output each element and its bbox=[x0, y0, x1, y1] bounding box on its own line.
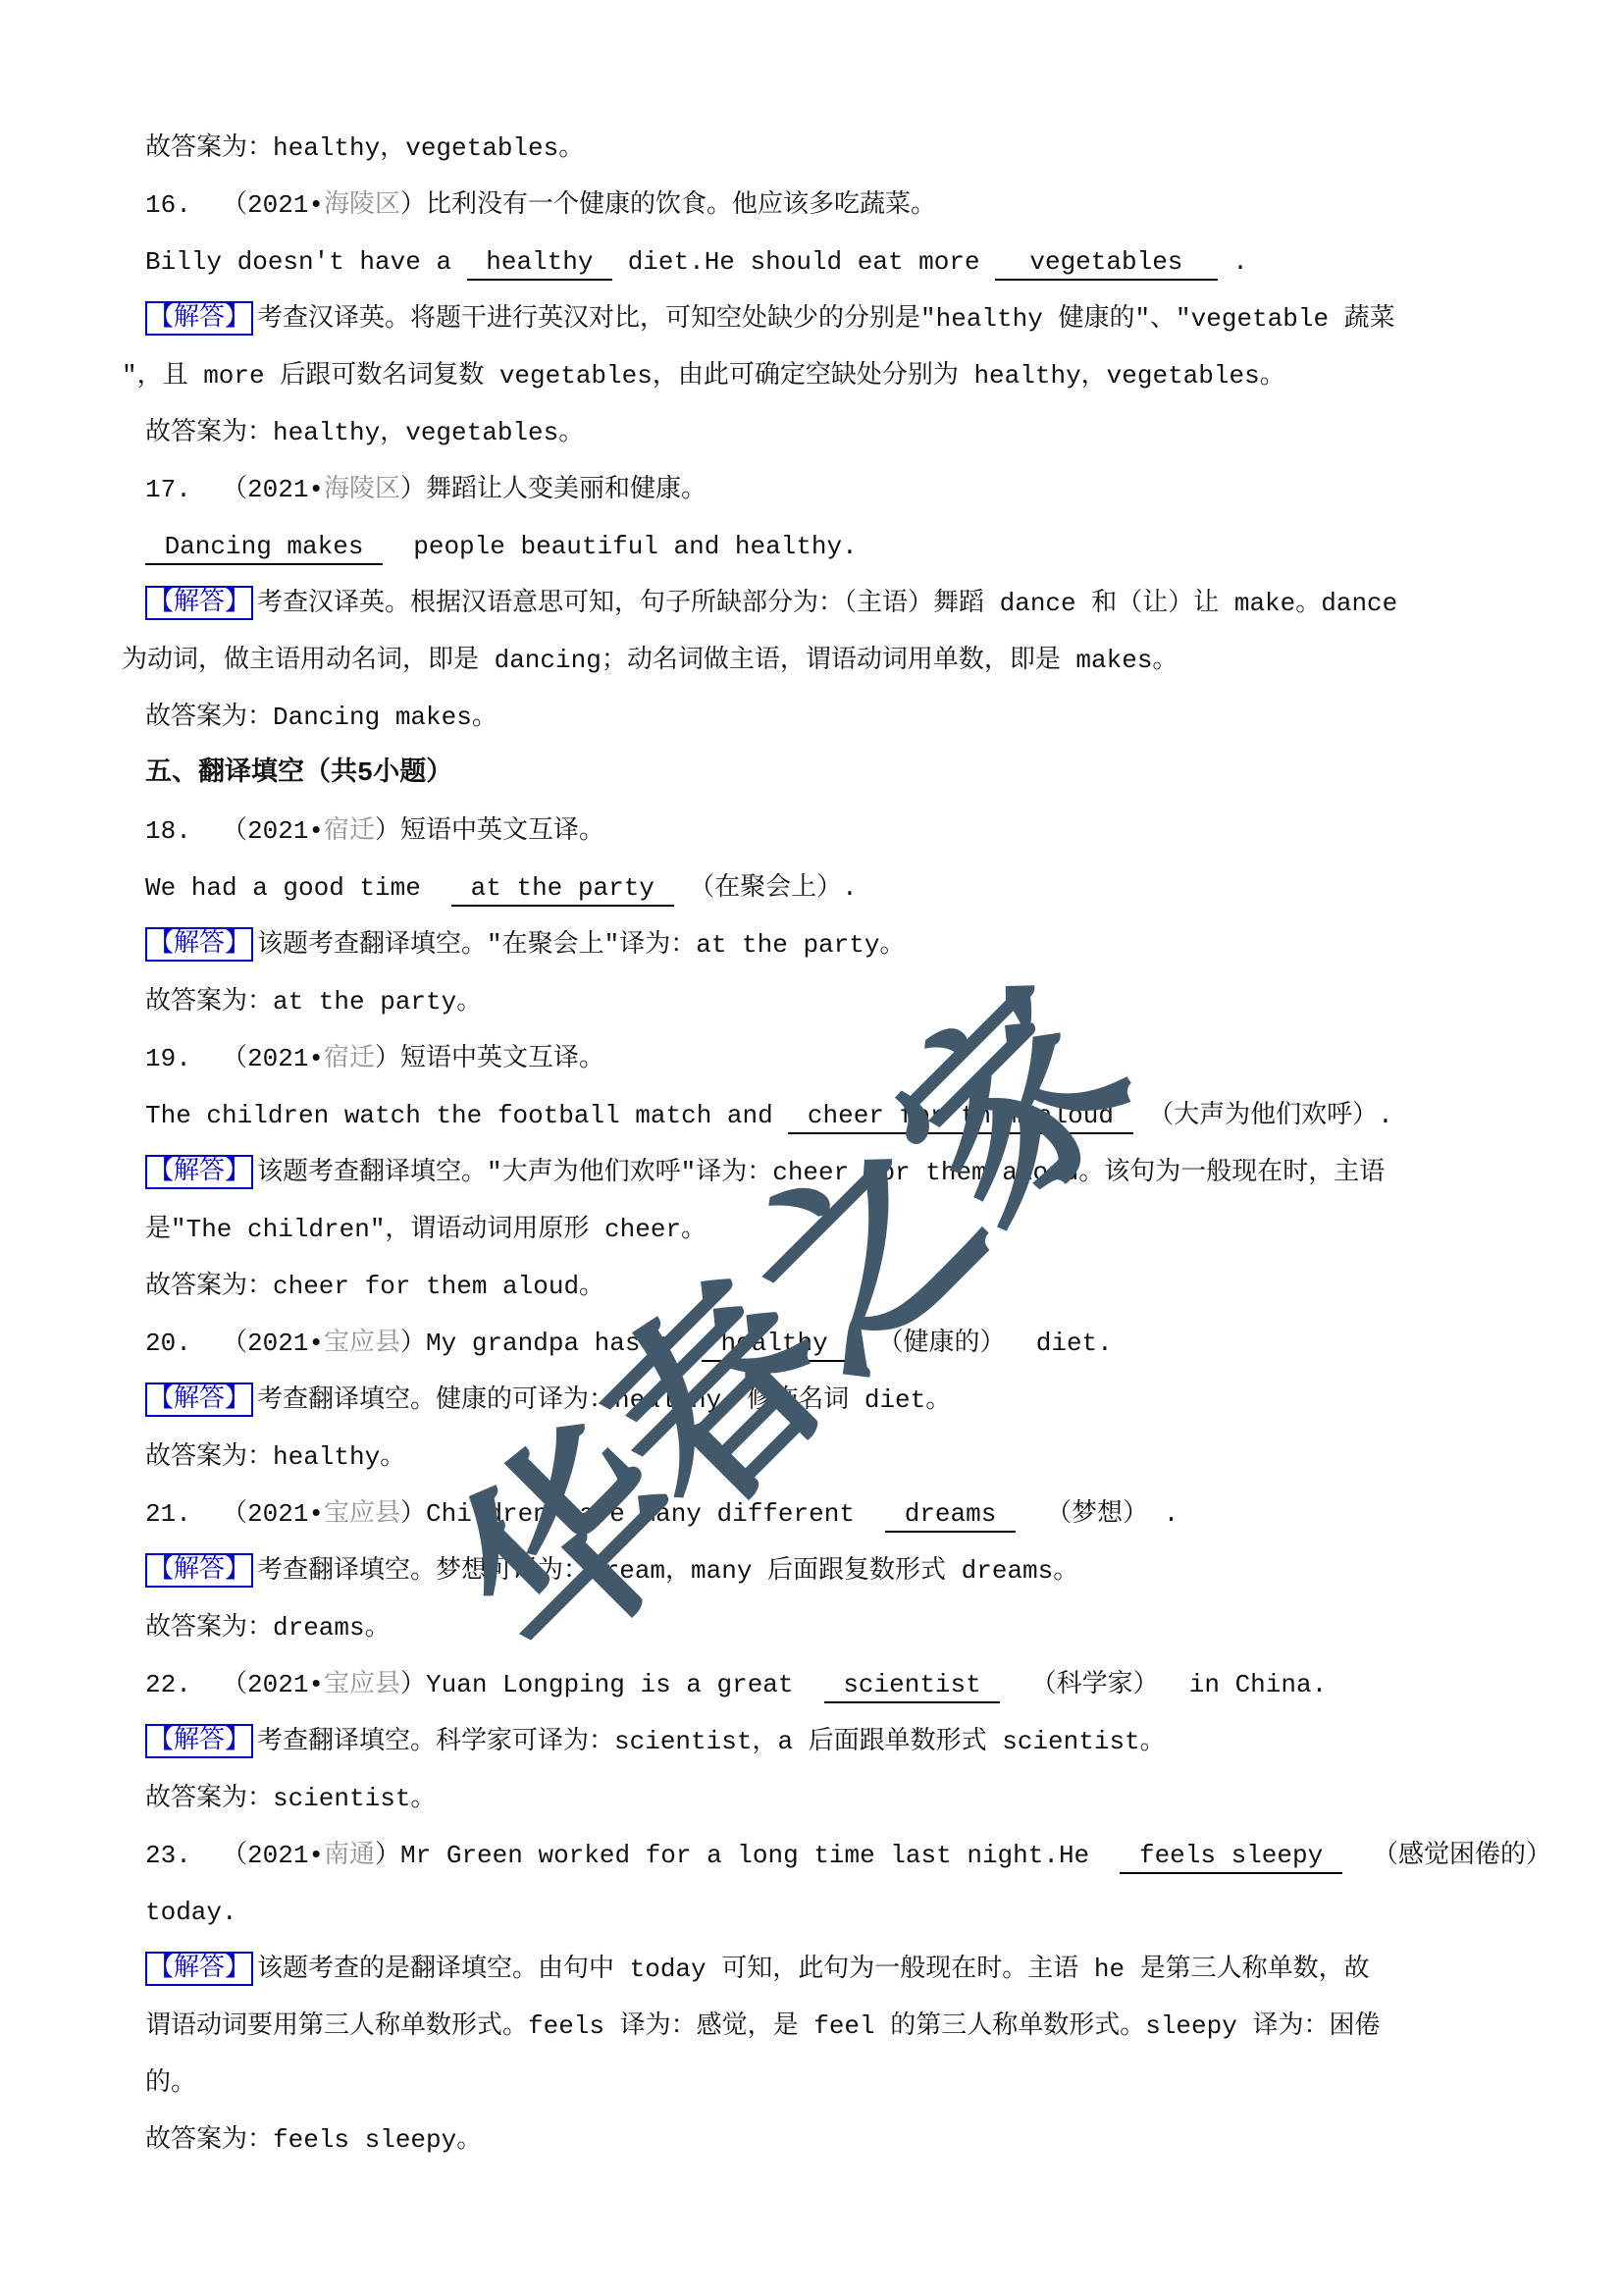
text-run: 19. （2021• bbox=[145, 1044, 324, 1073]
document-line: 【解答】该题考查翻译填空。″大声为他们欢呼″译为：cheer for them … bbox=[145, 1144, 1554, 1201]
region-name: 宝应县 bbox=[324, 1329, 400, 1358]
answer-blank: dreams bbox=[885, 1499, 1016, 1533]
answer-label: 【解答】 bbox=[145, 1952, 253, 1986]
text-run: 为动词，做主语用动名词，即是 dancing；动名词做主语，谓语动词用单数，即是… bbox=[122, 646, 1178, 675]
answer-blank: feels sleepy bbox=[1120, 1841, 1341, 1874]
text-run: （科学家） in China. bbox=[1000, 1670, 1327, 1699]
text-run: ）Children have many different bbox=[400, 1499, 885, 1529]
answer-blank: healthy bbox=[702, 1329, 847, 1362]
text-run: ）舞蹈让人变美丽和健康。 bbox=[400, 475, 707, 504]
document-line: 17. （2021•海陵区）舞蹈让人变美丽和健康。 bbox=[145, 461, 1554, 518]
text-run: 20. （2021• bbox=[145, 1329, 324, 1358]
document-line: We had a good time at the party （在聚会上）. bbox=[145, 860, 1554, 916]
document-line: 的。 bbox=[145, 2055, 1554, 2112]
document-line: 故答案为：healthy。 bbox=[145, 1429, 1554, 1486]
document-line: 故答案为：healthy，vegetables。 bbox=[145, 120, 1554, 177]
document-line: 【解答】考查翻译填空。梦想可译为：dream，many 后面跟复数形式 drea… bbox=[145, 1542, 1554, 1599]
document-line: 故答案为：dreams。 bbox=[145, 1599, 1554, 1656]
region-name: 宿迁 bbox=[324, 816, 375, 846]
answer-label: 【解答】 bbox=[145, 301, 253, 336]
region-name: 海陵区 bbox=[324, 190, 400, 220]
text-run: ）短语中英文互译。 bbox=[375, 1044, 604, 1073]
answer-blank: scientist bbox=[824, 1670, 1001, 1703]
document-line: today. bbox=[145, 1884, 1554, 1941]
document-line: 故答案为：healthy，vegetables。 bbox=[145, 404, 1554, 461]
document-line: 故答案为：Dancing makes。 bbox=[145, 689, 1554, 746]
text-run: people beautiful and healthy. bbox=[383, 532, 858, 561]
text-run: 该题考查翻译填空。″在聚会上″译为：at the party。 bbox=[257, 930, 905, 960]
text-run: （健康的） diet. bbox=[847, 1329, 1112, 1358]
document-line: 故答案为：cheer for them aloud。 bbox=[145, 1258, 1554, 1315]
text-run: diet.He should eat more bbox=[612, 247, 995, 277]
document-line: 【解答】考查汉译英。根据汉语意思可知，句子所缺部分为：（主语）舞蹈 dance … bbox=[145, 575, 1554, 632]
document-line: 谓语动词要用第三人称单数形式。feels 译为：感觉，是 feel 的第三人称单… bbox=[145, 1998, 1554, 2055]
text-run: 该题考查的是翻译填空。由句中 today 可知，此句为一般现在时。主语 he 是… bbox=[257, 1955, 1370, 1984]
answer-label: 【解答】 bbox=[145, 1383, 253, 1417]
text-run: 故答案为：scientist。 bbox=[145, 1784, 436, 1813]
text-run: 故答案为：feels sleepy。 bbox=[145, 2125, 482, 2155]
text-run: . bbox=[1218, 247, 1248, 277]
text-run: 故答案为：Dancing makes。 bbox=[145, 703, 497, 732]
text-run: 16. （2021• bbox=[145, 190, 324, 220]
text-run: 故答案为：healthy，vegetables。 bbox=[145, 418, 584, 447]
answer-label: 【解答】 bbox=[145, 586, 253, 620]
text-run: ″，且 more 后跟可数名词复数 vegetables，由此可确定空缺处分别为… bbox=[122, 361, 1285, 391]
text-run: 21. （2021• bbox=[145, 1499, 324, 1529]
text-run: 故答案为：dreams。 bbox=[145, 1613, 391, 1643]
text-run: ）短语中英文互译。 bbox=[375, 816, 604, 846]
text-run: 18. （2021• bbox=[145, 816, 324, 846]
text-run: （梦想） . bbox=[1016, 1499, 1178, 1529]
document-line: Billy doesn't have a healthy diet.He sho… bbox=[145, 234, 1554, 290]
document-page: 故答案为：healthy，vegetables。16. （2021•海陵区）比利… bbox=[0, 0, 1623, 2296]
answer-label: 【解答】 bbox=[145, 927, 253, 962]
text-run: 考查汉译英。将题干进行英汉对比，可知空处缺少的分别是″healthy 健康的″、… bbox=[257, 304, 1395, 334]
document-line: 18. （2021•宿迁）短语中英文互译。 bbox=[145, 803, 1554, 860]
text-run: 考查汉译英。根据汉语意思可知，句子所缺部分为：（主语）舞蹈 dance 和（让）… bbox=[257, 589, 1397, 618]
text-run: ）My grandpa has a bbox=[400, 1329, 702, 1358]
text-run: ）Yuan Longping is a great bbox=[400, 1670, 824, 1699]
text-run: 考查翻译填空。科学家可译为：scientist，a 后面跟单数形式 scient… bbox=[257, 1727, 1166, 1756]
document-line: 21. （2021•宝应县）Children have many differe… bbox=[145, 1486, 1554, 1542]
document-line: Dancing makes people beautiful and healt… bbox=[145, 518, 1554, 575]
document-line: 16. （2021•海陵区）比利没有一个健康的饮食。他应该多吃蔬菜。 bbox=[145, 177, 1554, 234]
document-line: 故答案为：feels sleepy。 bbox=[145, 2112, 1554, 2168]
document-line: 为动词，做主语用动名词，即是 dancing；动名词做主语，谓语动词用单数，即是… bbox=[122, 632, 1554, 689]
answer-blank: at the party bbox=[451, 873, 673, 907]
region-name: 宿迁 bbox=[324, 1044, 375, 1073]
answer-label: 【解答】 bbox=[145, 1724, 253, 1758]
text-run: 故答案为：cheer for them aloud。 bbox=[145, 1272, 604, 1301]
region-name: 宝应县 bbox=[324, 1499, 400, 1529]
document-line: 【解答】该题考查翻译填空。″在聚会上″译为：at the party。 bbox=[145, 916, 1554, 973]
answer-label: 【解答】 bbox=[145, 1155, 253, 1189]
answer-label: 【解答】 bbox=[145, 1553, 253, 1588]
text-run: 考查翻译填空。健康的可译为：healthy，修饰名词 diet。 bbox=[257, 1385, 951, 1415]
text-run: 17. （2021• bbox=[145, 475, 324, 504]
region-name: 南通 bbox=[324, 1841, 375, 1870]
answer-blank: cheer for them aloud bbox=[788, 1101, 1132, 1134]
text-run: （感觉困倦的） bbox=[1342, 1841, 1551, 1870]
document-line: The children watch the football match an… bbox=[145, 1087, 1554, 1144]
document-line: 23. （2021•南通）Mr Green worked for a long … bbox=[145, 1827, 1554, 1884]
text-run: 22. （2021• bbox=[145, 1670, 324, 1699]
text-run: 是″The children″，谓语动词用原形 cheer。 bbox=[145, 1215, 707, 1244]
region-name: 海陵区 bbox=[324, 475, 400, 504]
text-run: 故答案为：healthy。 bbox=[145, 1442, 405, 1472]
document-line: 【解答】该题考查的是翻译填空。由句中 today 可知，此句为一般现在时。主语 … bbox=[145, 1941, 1554, 1998]
document-line: 22. （2021•宝应县）Yuan Longping is a great s… bbox=[145, 1656, 1554, 1713]
document-line: ″，且 more 后跟可数名词复数 vegetables，由此可确定空缺处分别为… bbox=[122, 347, 1554, 404]
text-run: （大声为他们欢呼）. bbox=[1133, 1101, 1393, 1130]
document-line: 20. （2021•宝应县）My grandpa has a healthy （… bbox=[145, 1315, 1554, 1372]
document-line: 【解答】考查汉译英。将题干进行英汉对比，可知空处缺少的分别是″healthy 健… bbox=[145, 290, 1554, 347]
text-run: ）比利没有一个健康的饮食。他应该多吃蔬菜。 bbox=[400, 190, 936, 220]
text-run: 考查翻译填空。梦想可译为：dream，many 后面跟复数形式 dreams。 bbox=[257, 1556, 1078, 1586]
text-run: Billy doesn't have a bbox=[145, 247, 467, 277]
text-run: 五、翻译填空（共5小题） bbox=[145, 759, 452, 789]
text-run: 谓语动词要用第三人称单数形式。feels 译为：感觉，是 feel 的第三人称单… bbox=[145, 2011, 1380, 2041]
region-name: 宝应县 bbox=[324, 1670, 400, 1699]
section-heading: 五、翻译填空（共5小题） bbox=[145, 746, 1554, 803]
document-line: 是″The children″，谓语动词用原形 cheer。 bbox=[145, 1201, 1554, 1258]
text-run: 故答案为：at the party。 bbox=[145, 987, 482, 1017]
text-run: 的。 bbox=[145, 2068, 196, 2098]
document-line: 【解答】考查翻译填空。健康的可译为：healthy，修饰名词 diet。 bbox=[145, 1372, 1554, 1429]
text-run: The children watch the football match an… bbox=[145, 1101, 788, 1130]
text-run: 23. （2021• bbox=[145, 1841, 324, 1870]
text-run: ）Mr Green worked for a long time last ni… bbox=[375, 1841, 1120, 1870]
text-run: We had a good time bbox=[145, 873, 451, 903]
document-line: 【解答】考查翻译填空。科学家可译为：scientist，a 后面跟单数形式 sc… bbox=[145, 1713, 1554, 1770]
answer-blank: vegetables bbox=[995, 247, 1217, 281]
text-run: today. bbox=[145, 1898, 237, 1927]
text-run: 故答案为：healthy，vegetables。 bbox=[145, 133, 584, 163]
answer-blank: healthy bbox=[467, 247, 612, 281]
document-line: 故答案为：scientist。 bbox=[145, 1770, 1554, 1827]
document-body: 故答案为：healthy，vegetables。16. （2021•海陵区）比利… bbox=[145, 120, 1554, 2168]
document-line: 19. （2021•宿迁）短语中英文互译。 bbox=[145, 1030, 1554, 1087]
text-run: 该题考查翻译填空。″大声为他们欢呼″译为：cheer for them alou… bbox=[257, 1158, 1385, 1187]
answer-blank: Dancing makes bbox=[145, 532, 383, 565]
document-line: 故答案为：at the party。 bbox=[145, 973, 1554, 1030]
text-run: （在聚会上）. bbox=[674, 873, 858, 903]
